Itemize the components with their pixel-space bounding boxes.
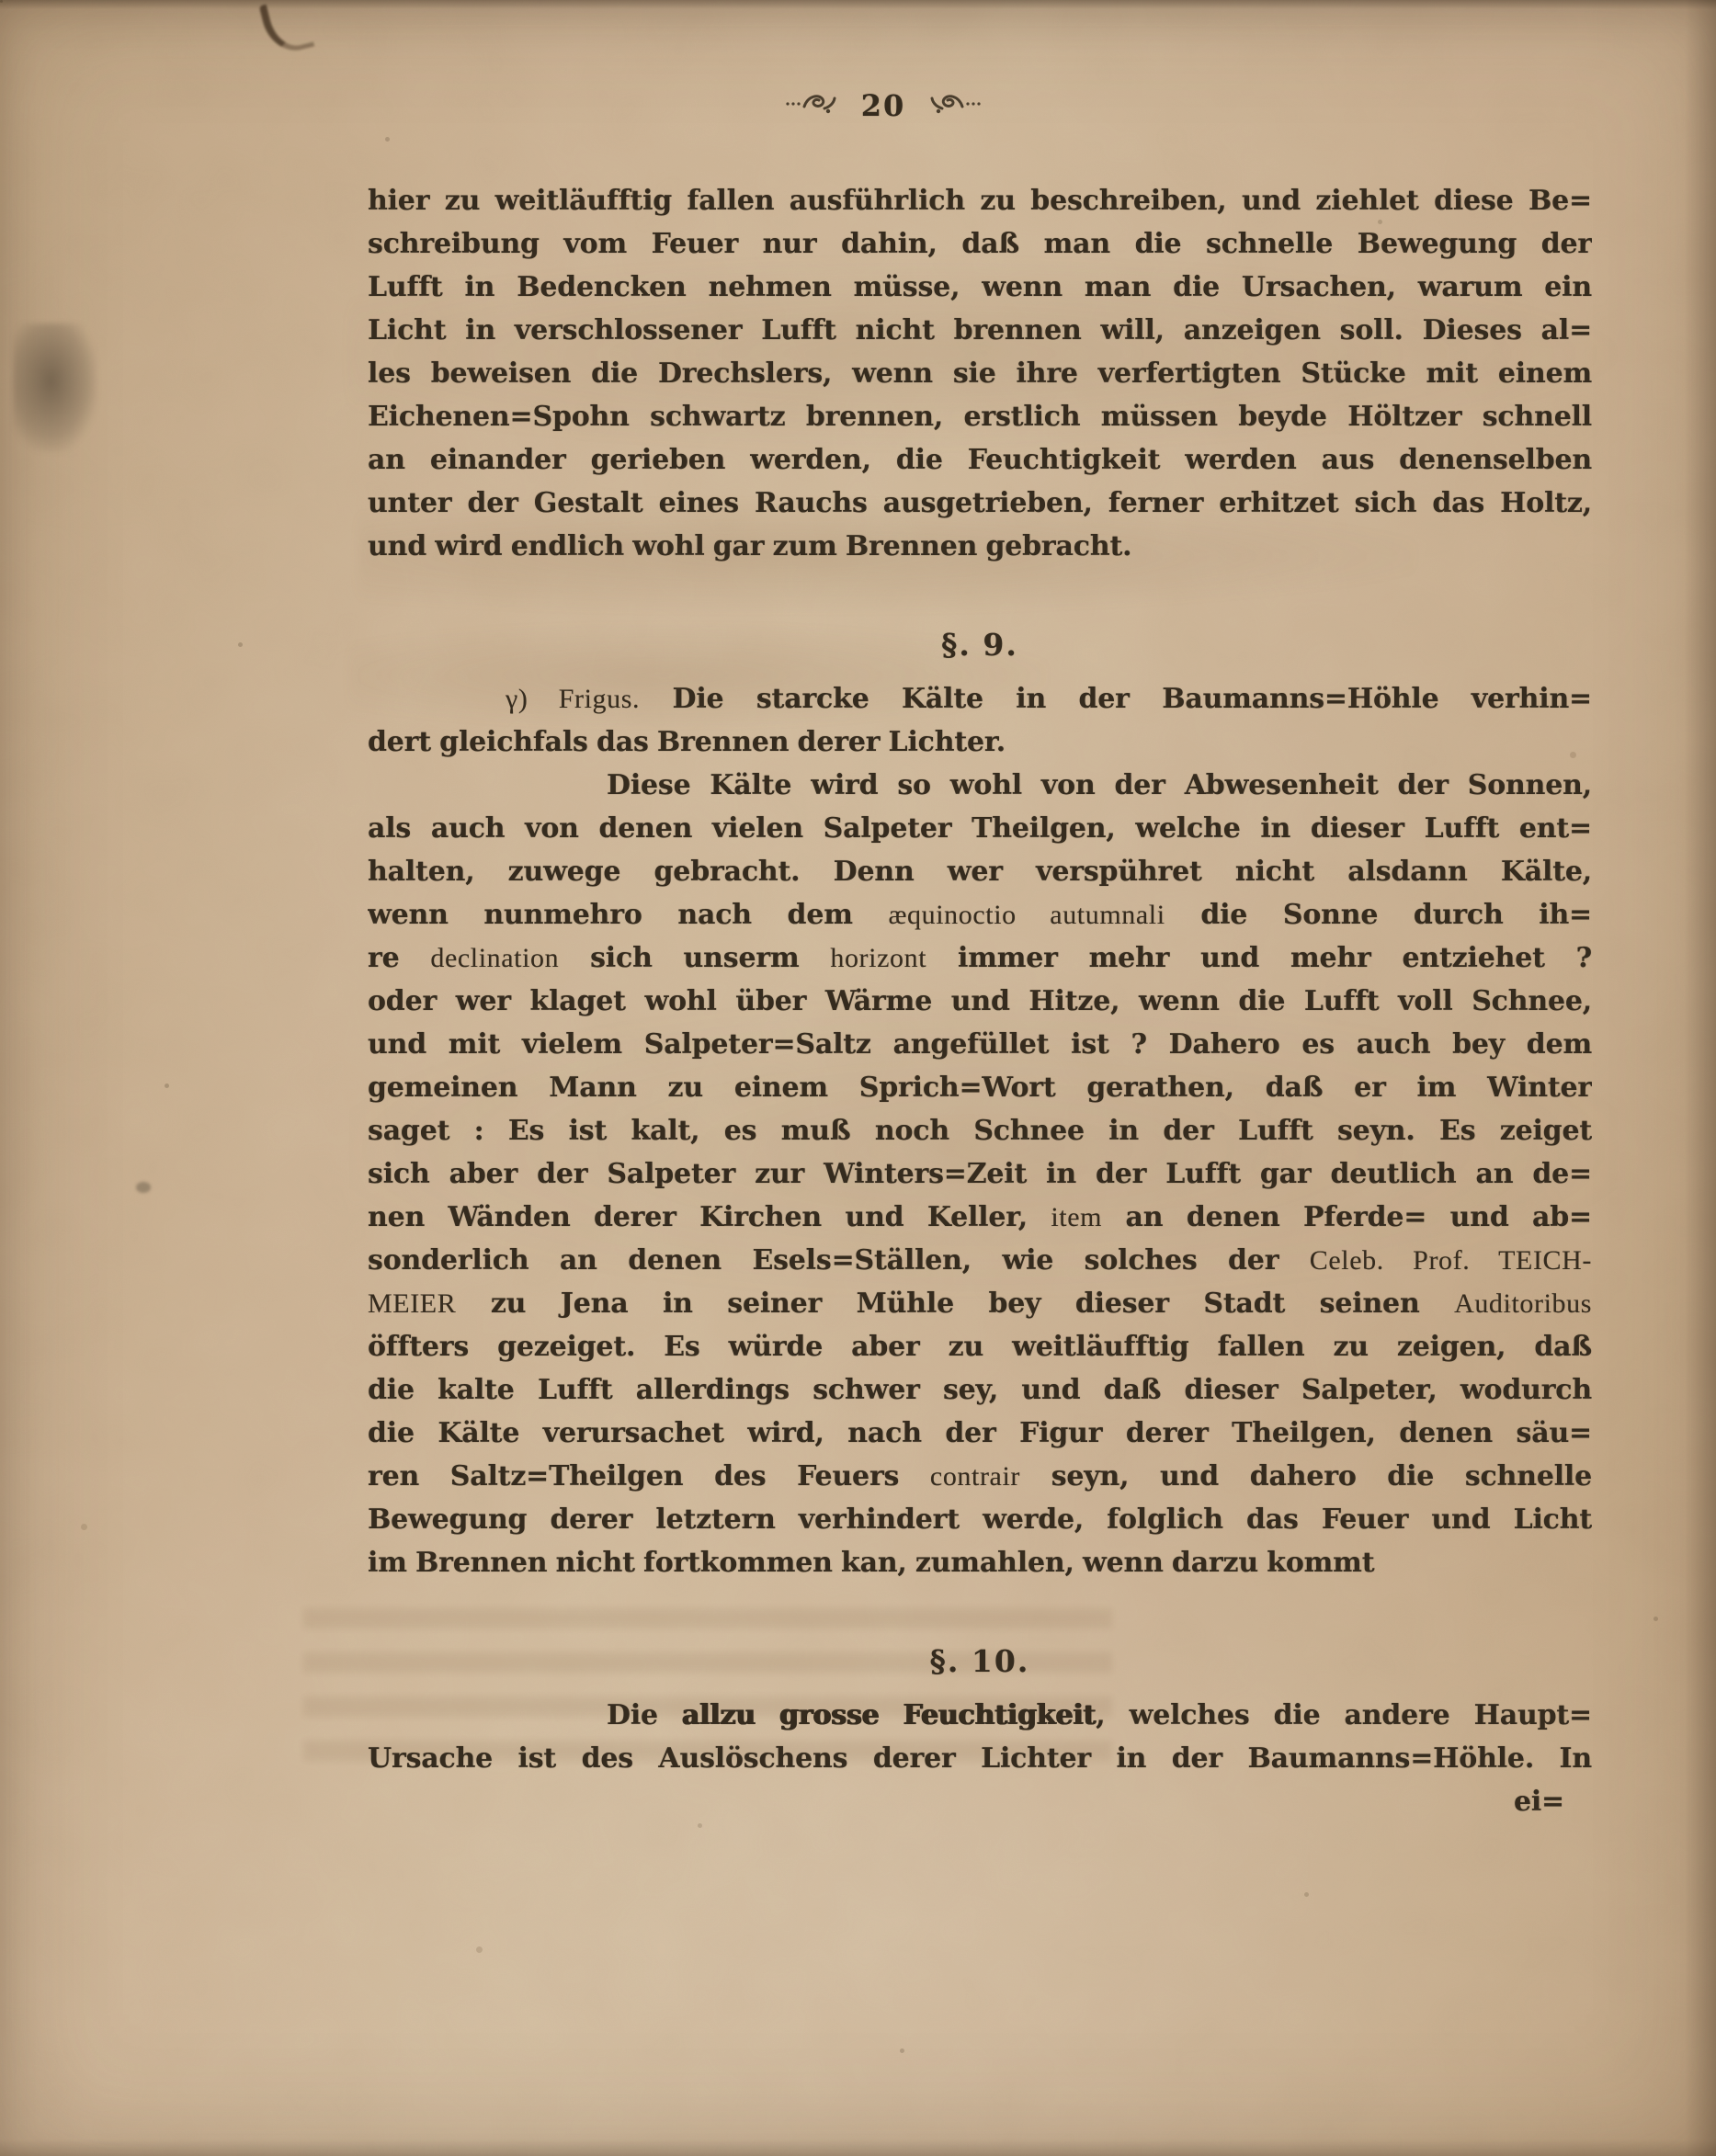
text-segment-antiqua: Auditoribus [1454,1288,1592,1319]
page-edge-shadow [0,0,1716,9]
text-segment-antiqua: horizont [830,943,926,973]
text-line: im Brennen nicht fortkommen kan, zumahle… [368,1541,1592,1584]
text-line: die Kälte verursachet wird, nach der Fig… [368,1412,1592,1455]
text-line: γ) Frigus. Die starcke Kälte in der Baum… [368,677,1592,721]
paper-speck [136,1182,151,1193]
text-segment-antiqua: declination [430,943,559,973]
text-line: und wird endlich wohl gar zum Brennen ge… [368,525,1592,568]
fleuron-icon [784,85,837,128]
text-line: sich aber der Salpeter zur Winters=Zeit … [368,1152,1592,1196]
text-line: als auch von denen vielen Salpeter Theil… [368,807,1592,850]
text-line: oder wer klaget wohl über Wärme und Hitz… [368,980,1592,1023]
text-line: schreibung vom Feuer nur dahin, daß man … [368,222,1592,266]
paragraph: Diese Kälte wird so wohl von der Abwesen… [368,764,1592,1584]
paragraph: Die allzu grosse Feuchtigkeit, welches d… [368,1694,1592,1780]
text-line: hier zu weitläufftig fallen ausführlich … [368,179,1592,222]
paragraph: hier zu weitläufftig fallen ausführlich … [368,179,1592,568]
text-block: 20 hier zu weitläufftig fallen ausführli… [368,85,1592,1823]
page-edge-shadow [1685,0,1716,2156]
text-line: MEIER zu Jena in seiner Mühle bey dieser… [368,1282,1592,1325]
text-line: Bewegung derer letztern verhindert werde… [368,1498,1592,1541]
text-line: re declination sich unserm horizont imme… [368,936,1592,980]
text-line: die kalte Lufft allerdings schwer sey, u… [368,1368,1592,1412]
text-line: halten, zuwege gebracht. Denn wer verspü… [368,850,1592,893]
text-line: dert gleichfals das Brennen derer Lichte… [368,721,1592,764]
page-number: 20 [861,85,906,128]
text-line: Lufft in Bedencken nehmen müsse, wenn ma… [368,266,1592,309]
page-header: 20 [271,85,1495,128]
text-line: saget : Es ist kalt, es muß noch Schnee … [368,1109,1592,1152]
paragraph: γ) Frigus. Die starcke Kälte in der Baum… [368,677,1592,764]
text-segment-antiqua: Celeb. Prof. TEICH- [1310,1245,1592,1276]
text-line: les beweisen die Drechslers, wenn sie ih… [368,352,1592,395]
body-text: hier zu weitläufftig fallen ausführlich … [368,179,1592,1823]
ink-stain [13,323,97,452]
fleuron-icon [929,85,983,128]
text-line: Licht in verschlossener Lufft nicht bren… [368,309,1592,352]
text-line: an einander gerieben werden, die Feuchti… [368,438,1592,482]
text-line: Ursache ist des Auslöschens derer Lichte… [368,1737,1592,1780]
text-line: unter der Gestalt eines Rauchs ausgetrie… [368,482,1592,525]
text-segment-antiqua: æquinoctio autumnali [888,900,1165,930]
section-heading: §. 9. [368,623,1592,666]
page-edge-shadow [0,2139,1716,2156]
text-line: öffters gezeiget. Es würde aber zu weitl… [368,1325,1592,1368]
text-line: und mit vielem Salpeter=Saltz angefüllet… [368,1023,1592,1066]
text-line: Eichenen=Spohn schwartz brennen, erstlic… [368,395,1592,438]
paper-specks [0,0,3,3]
text-line: Diese Kälte wird so wohl von der Abwesen… [368,764,1592,807]
text-segment-strong: allzu grosse Feuchtigkeit [682,1699,1096,1731]
text-segment-antiqua: item [1051,1202,1102,1232]
text-segment-antiqua: MEIER [368,1288,456,1319]
text-line: nen Wänden derer Kirchen und Keller, ite… [368,1196,1592,1239]
text-line: Die allzu grosse Feuchtigkeit, welches d… [368,1694,1592,1737]
book-page: 20 hier zu weitläufftig fallen ausführli… [0,0,1716,2156]
text-segment-antiqua: γ) Frigus. [506,684,640,714]
text-line: gemeinen Mann zu einem Sprich=Wort gerat… [368,1066,1592,1109]
catchword: ei= [368,1780,1592,1823]
text-line: wenn nunmehro nach dem æquinoctio autumn… [368,893,1592,936]
section-heading: §. 10. [368,1640,1592,1683]
text-segment-antiqua: contrair [930,1461,1020,1492]
ink-stain [259,0,314,57]
text-line: sonderlich an denen Esels=Ställen, wie s… [368,1239,1592,1282]
text-line: ren Saltz=Theilgen des Feuers contrair s… [368,1455,1592,1498]
